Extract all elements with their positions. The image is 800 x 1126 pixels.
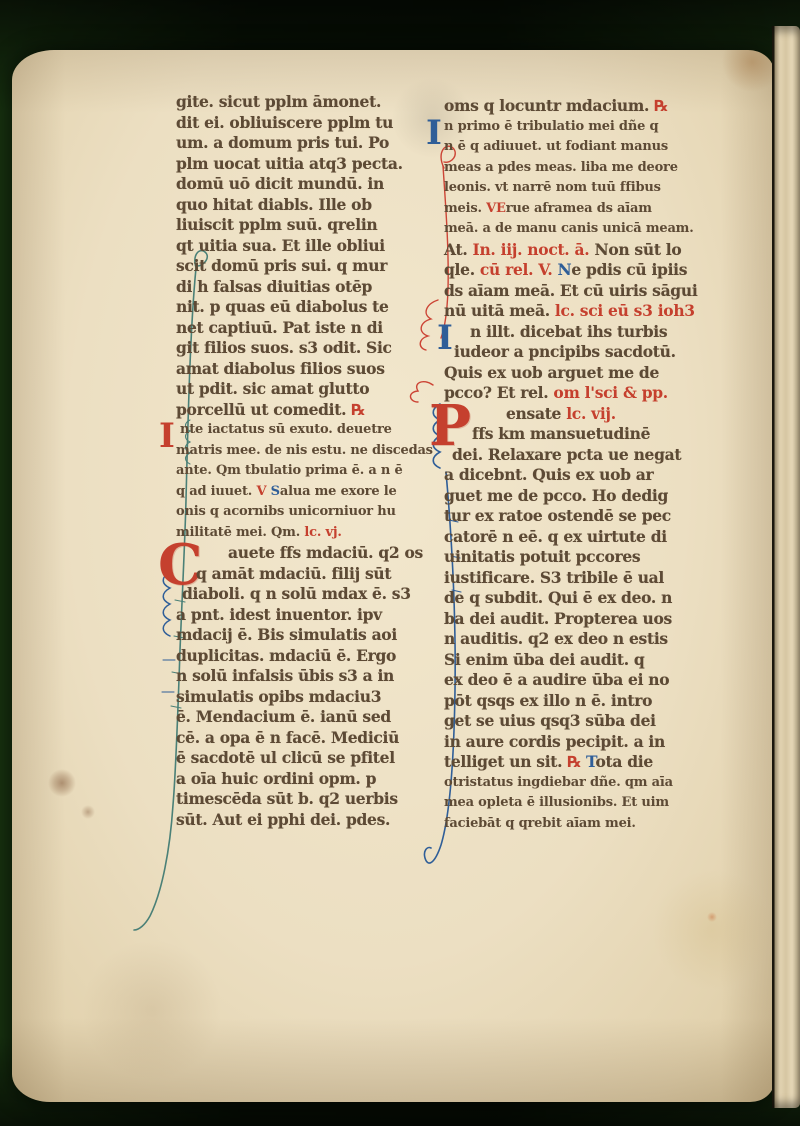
rubric-text: cū rel. V. [480,260,558,279]
manuscript-line: Si enim ūba dei audit. q [444,650,706,671]
body-text: q ad iuuet. [176,484,256,499]
manuscript-line: n solū infalsis ūbis s3 a in [176,666,436,687]
body-text: At. [444,240,473,259]
manuscript-line: meā. a de manu canis unicā meam. [444,219,706,240]
body-text: duplicitas. mdaciū ē. Ergo [176,646,396,665]
body-text: nte iactatus sū exuto. deuetre [180,422,392,437]
manuscript-line: sūt. Aut ei pphi dei. pdes. [176,810,436,831]
body-text: n ē q adiuuet. ut fodiant manus [444,139,668,154]
body-text: mdacij ē. Bis simulatis aoi [176,625,397,644]
manuscript-line: dei. Relaxare pcta ue negat [444,445,706,466]
manuscript-line: Pensate lc. vij. [444,404,706,425]
manuscript-line: domū uō dicit mundū. in [176,174,436,195]
body-text: tur ex ratoe ostendē se pec [444,506,671,525]
body-text: q amāt mdaciū. filij sūt [196,564,391,583]
manuscript-line: catorē n eē. q ex uirtute di [444,527,706,548]
body-text: cē. a opa ē n facē. Mediciū [176,728,399,747]
manuscript-line: matris mee. de nis estu. ne discedas [176,441,436,462]
manuscript-line: in aure cordis pecipit. a in [444,732,706,753]
blue-initial-text: T [586,752,595,771]
manuscript-line: ante. Qm tbulatio prima ē. a n ē [176,461,436,482]
manuscript-line: militatē mei. Qm. lc. vj. [176,523,436,544]
manuscript-line: a pnt. idest inuentor. ipv [176,605,436,626]
body-text: meā. a de manu canis unicā meam. [444,221,694,236]
text-column-right: oms q locuntr mdacium. ℞In primo ē tribu… [444,96,706,834]
body-text: ensate [506,404,566,423]
manuscript-line: At. In. iij. noct. ā. Non sūt lo [444,240,706,261]
book-fore-edge [772,26,800,1108]
manuscript-line: tur ex ratoe ostendē se pec [444,506,706,527]
manuscript-line: um. a domum pris tui. Po [176,133,436,154]
body-text: ante. Qm tbulatio prima ē. a n ē [176,463,403,478]
body-text: leonis. vt narrē nom tuū ffibus [444,180,661,195]
rubric-text: VE [486,201,506,216]
rubric-text: lc. sci eū s3 ioh3 [555,301,695,320]
manuscript-line: meas a pdes meas. liba me deore [444,158,706,179]
blue-initial-text: N [558,260,572,279]
manuscript-line: a oīa huic ordini opm. p [176,769,436,790]
manuscript-line: cē. a opa ē n facē. Mediciū [176,728,436,749]
manuscript-line: onis q acornibs unicorniuor hu [176,502,436,523]
manuscript-line: ds aīam meā. Et cū uiris sāgui [444,281,706,302]
manuscript-line: ut pdit. sic amat glutto [176,379,436,400]
body-text: ba dei audit. Propterea uos [444,609,672,628]
manuscript-line: Inte iactatus sū exuto. deuetre [176,420,436,441]
body-text: quo hitat diabls. Ille ob [176,195,372,214]
manuscript-line: In primo ē tribulatio mei dñe q [444,117,706,138]
manuscript-line: plm uocat uitia atq3 pecta. [176,154,436,175]
body-text: ds aīam meā. Et cū uiris sāgui [444,281,697,300]
rubric-text: ℞ [351,401,365,419]
rubric-text: In. iij. noct. ā. [473,240,595,259]
body-text: nit. p quas eū diabolus te [176,297,389,316]
manuscript-line: leonis. vt narrē nom tuū ffibus [444,178,706,199]
manuscript-line: ex deo ē a audire ūba ei no [444,670,706,691]
body-text: amat diabolus filios suos [176,359,385,378]
manuscript-line: git filios suos. s3 odit. Sic [176,338,436,359]
manuscript-line: telliget un sit. ℞ Tota die [444,752,706,773]
body-text: telliget un sit. [444,752,567,771]
body-text: onis q acornibs unicorniuor hu [176,504,396,519]
manuscript-line: otristatus ingdiebar dñe. qm aīa [444,773,706,794]
manuscript-line: mea opleta ē illusionibs. Et uim [444,793,706,814]
body-text: get se uius qsq3 sūba dei [444,711,656,730]
rubric-text: ℞ [654,97,668,115]
manuscript-line: ē sacdotē ul clicū se pfitel [176,748,436,769]
manuscript-line: iustificare. S3 tribile ē ual [444,568,706,589]
body-text: ut pdit. sic amat glutto [176,379,369,398]
manuscript-line: n ē q adiuuet. ut fodiant manus [444,137,706,158]
rubric-text: lc. vij. [566,404,616,423]
manuscript-line: meis. VErue aframea ds aīam [444,199,706,220]
manuscript-line: faciebāt q qrebit aīam mei. [444,814,706,835]
manuscript-line: oms q locuntr mdacium. ℞ [444,96,706,117]
rubric-text: om l'sci & pp. [553,383,667,402]
text-column-left: gite. sicut pplm āmonet.dit ei. obliuisc… [176,92,436,830]
manuscript-line: qt uitia sua. Et ille obliui [176,236,436,257]
body-text: n solū infalsis ūbis s3 a in [176,666,394,685]
manuscript-line: quo hitat diabls. Ille ob [176,195,436,216]
illuminated-initial: I [159,418,175,454]
manuscript-line: pōt qsqs ex illo n ē. intro [444,691,706,712]
body-text: uinitatis potuit pccores [444,547,640,566]
body-text: n auditis. q2 ex deo n estis [444,629,668,648]
body-text: n illt. dicebat ihs turbis [470,322,667,341]
manuscript-line: mdacij ē. Bis simulatis aoi [176,625,436,646]
body-text: a pnt. idest inuentor. ipv [176,605,382,624]
manuscript-line: Cauete ffs mdaciū. q2 os [176,543,436,564]
manuscript-line: amat diabolus filios suos [176,359,436,380]
blue-initial-text: S [271,484,280,499]
body-text: net captiuū. Pat iste n di [176,318,383,337]
rubric-text: V [256,484,270,499]
body-text: ē. Mendacium ē. ianū sed [176,707,391,726]
body-text: plm uocat uitia atq3 pecta. [176,154,403,173]
manuscript-line: qle. cū rel. V. Ne pdis cū ipiis [444,260,706,281]
manuscript-line: ē. Mendacium ē. ianū sed [176,707,436,728]
manuscript-line: di h falsas diuitias otēp [176,277,436,298]
body-text: guet me de pcco. Ho dedig [444,486,668,505]
body-text: meis. [444,201,486,216]
manuscript-line: In illt. dicebat ihs turbis [444,322,706,343]
body-text: a dicebnt. Quis ex uob ar [444,465,653,484]
body-text: oms q locuntr mdacium. [444,96,654,115]
manuscript-line: Quis ex uob arguet me de [444,363,706,384]
body-text: de q subdit. Qui ē ex deo. n [444,588,672,607]
manuscript-line: nū uitā meā. lc. sci eū s3 ioh3 [444,301,706,322]
manuscript-line: q amāt mdaciū. filij sūt [176,564,436,585]
body-text: ex deo ē a audire ūba ei no [444,670,669,689]
manuscript-line: diaboli. q n solū mdax ē. s3 [176,584,436,605]
body-text: mea opleta ē illusionibs. Et uim [444,795,669,810]
manuscript-line: simulatis opibs mdaciu3 [176,687,436,708]
body-text: gite. sicut pplm āmonet. [176,92,381,111]
body-text: e pdis cū ipiis [571,260,687,279]
body-text: faciebāt q qrebit aīam mei. [444,816,636,831]
body-text: ota die [596,752,653,771]
body-text: qt uitia sua. Et ille obliui [176,236,385,255]
body-text: catorē n eē. q ex uirtute di [444,527,667,546]
body-text: porcellū ut comedit. [176,400,351,419]
body-text: scit domū pris sui. q mur [176,256,387,275]
rubric-text: ℞ [567,753,586,771]
body-text: matris mee. de nis estu. ne discedas [176,443,433,458]
manuscript-line: uinitatis potuit pccores [444,547,706,568]
body-text: ffs km mansuetudinē [472,424,650,443]
manuscript-line: timescēda sūt b. q2 uerbis [176,789,436,810]
body-text: in aure cordis pecipit. a in [444,732,665,751]
manuscript-line: nit. p quas eū diabolus te [176,297,436,318]
body-text: domū uō dicit mundū. in [176,174,384,193]
body-text: iustificare. S3 tribile ē ual [444,568,664,587]
manuscript-line: a dicebnt. Quis ex uob ar [444,465,706,486]
body-text: Si enim ūba dei audit. q [444,650,644,669]
manuscript-line: ba dei audit. Propterea uos [444,609,706,630]
body-text: ē sacdotē ul clicū se pfitel [176,748,395,767]
manuscript-line: de q subdit. Qui ē ex deo. n [444,588,706,609]
body-text: dit ei. obliuiscere pplm tu [176,113,393,132]
body-text: nū uitā meā. [444,301,555,320]
manuscript-line: q ad iuuet. V Salua me exore le [176,482,436,503]
manuscript-line: dit ei. obliuiscere pplm tu [176,113,436,134]
body-text: meas a pdes meas. liba me deore [444,160,678,175]
body-text: a oīa huic ordini opm. p [176,769,376,788]
body-text: pōt qsqs ex illo n ē. intro [444,691,652,710]
manuscript-line: iudeor a pncipibs sacdotū. [444,342,706,363]
manuscript-line: gite. sicut pplm āmonet. [176,92,436,113]
body-text: di h falsas diuitias otēp [176,277,372,296]
manuscript-photo: gite. sicut pplm āmonet.dit ei. obliuisc… [0,0,800,1126]
manuscript-line: guet me de pcco. Ho dedig [444,486,706,507]
body-text: um. a domum pris tui. Po [176,133,389,152]
manuscript-line: scit domū pris sui. q mur [176,256,436,277]
body-text: diaboli. q n solū mdax ē. s3 [182,584,411,603]
manuscript-line: n auditis. q2 ex deo n estis [444,629,706,650]
body-text: rue aframea ds aīam [506,201,652,216]
manuscript-line: ffs km mansuetudinē [444,424,706,445]
body-text: auete ffs mdaciū. q2 os [228,543,423,562]
body-text: git filios suos. s3 odit. Sic [176,338,392,357]
body-text: liuiscit pplm suū. qrelin [176,215,377,234]
body-text: timescēda sūt b. q2 uerbis [176,789,398,808]
manuscript-line: get se uius qsq3 sūba dei [444,711,706,732]
manuscript-line: net captiuū. Pat iste n di [176,318,436,339]
manuscript-line: liuiscit pplm suū. qrelin [176,215,436,236]
body-text: alua me exore le [280,484,397,499]
body-text: Quis ex uob arguet me de [444,363,659,382]
manuscript-line: pcco? Et rel. om l'sci & pp. [444,383,706,404]
manuscript-line: duplicitas. mdaciū ē. Ergo [176,646,436,667]
rubric-text: lc. vj. [304,525,341,540]
body-text: dei. Relaxare pcta ue negat [452,445,681,464]
body-text: otristatus ingdiebar dñe. qm aīa [444,775,673,790]
body-text: n primo ē tribulatio mei dñe q [444,119,658,134]
body-text: iudeor a pncipibs sacdotū. [454,342,676,361]
body-text: qle. [444,260,480,279]
body-text: simulatis opibs mdaciu3 [176,687,381,706]
manuscript-line: porcellū ut comedit. ℞ [176,400,436,421]
body-text: Non sūt lo [594,240,681,259]
illuminated-initial: I [426,115,442,151]
body-text: sūt. Aut ei pphi dei. pdes. [176,810,390,829]
